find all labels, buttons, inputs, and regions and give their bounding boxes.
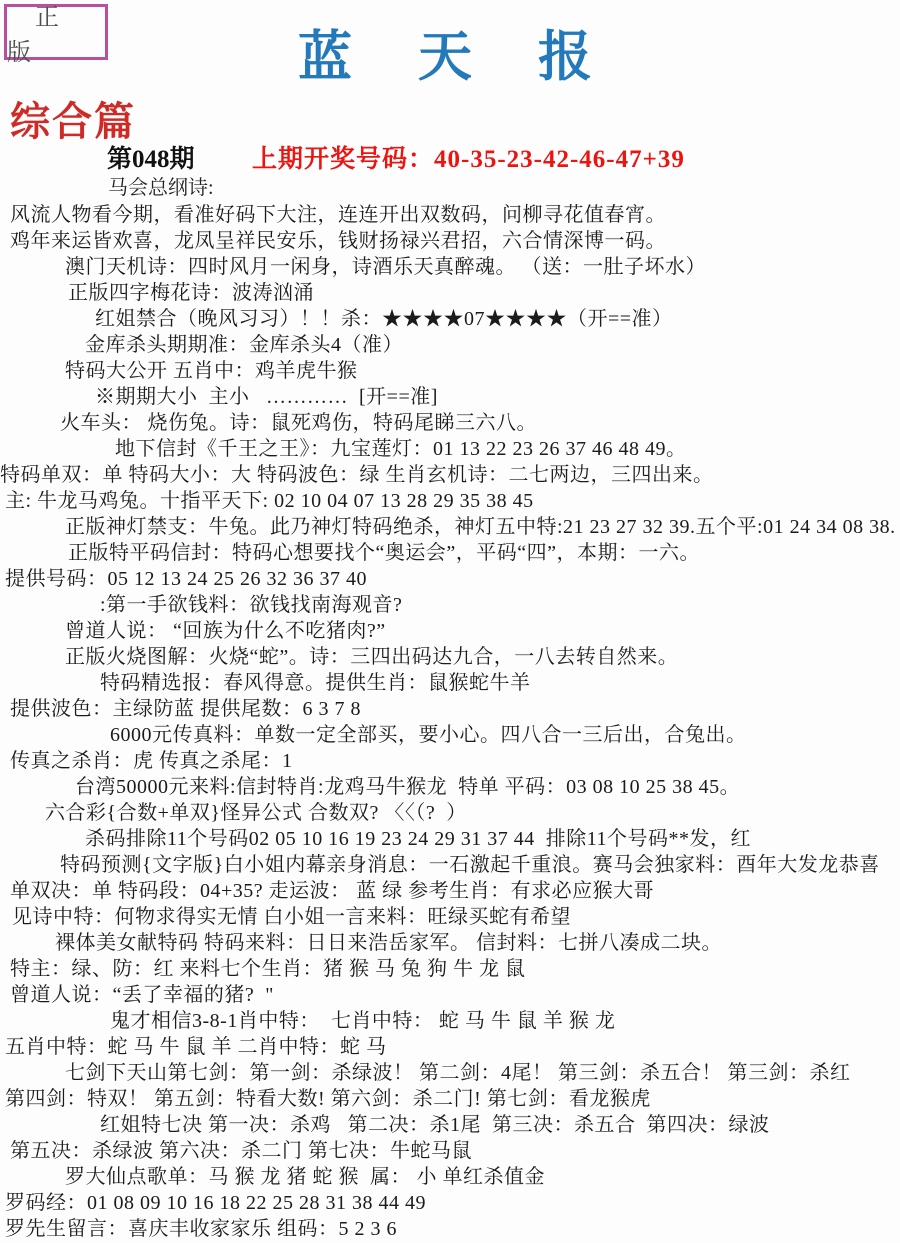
body-line: 澳门天机诗：四时风月一闲身，诗酒乐天真醉魂。 （送：一肚子坏水）: [0, 254, 900, 280]
body-line: 红姐禁合（晚风习习）！！杀：★★★★07★★★★（开==准）: [0, 306, 900, 332]
body-line: 火车头： 烧伤兔。诗：鼠死鸡伤，特码尾睇三六八。: [0, 410, 900, 436]
body-line: 七剑下天山第七剑：第一剑：杀绿波！ 第二剑：4尾！ 第三剑：杀五合！ 第三剑：杀…: [0, 1060, 900, 1086]
body-line: 特码大公开 五肖中：鸡羊虎牛猴: [0, 358, 900, 384]
body-line: 六合彩{合数+单双}怪异公式 合数双? 〈〈（? ）: [0, 800, 900, 826]
scanned-lottery-sheet: { "page": { "badge_text": "正 版", "title"…: [0, 0, 900, 1243]
body-line: 五肖中特：蛇 马 牛 鼠 羊 二肖中特：蛇 马: [0, 1034, 900, 1060]
body-line: 特码预测{文字版}白小姐内幕亲身消息：一石激起千重浪。赛马会独家料：酉年大发龙恭…: [0, 852, 900, 878]
body-line: 正版火烧图解：火烧“蛇”。诗：三四出码达九合，一八去转自然来。: [0, 644, 900, 670]
masthead-title: 蓝天报: [298, 14, 658, 91]
body-line: 台湾50000元来料:信封特肖:龙鸡马牛猴龙 特单 平码：03 08 10 25…: [0, 774, 900, 800]
body-line: 见诗中特：何物求得实无情 白小姐一言来料：旺绿买蛇有希望: [0, 904, 900, 930]
body-line: 正版特平码信封：特码心想要找个“奥运会”，平码“四”，本期：一六。: [0, 540, 900, 566]
body-line: 单双决：单 特码段：04+35? 走运波： 蓝 绿 参考生肖：有求必应猴大哥: [0, 878, 900, 904]
body-line: :第一手欲钱料：欲钱找南海观音?: [0, 592, 900, 618]
body-line: ※期期大小 主小 ………… [开==准]: [0, 384, 900, 410]
last-draw-result: 上期开奖号码：40-35-23-42-46-47+39: [252, 139, 685, 175]
body-lines: 风流人物看今期，看准好码下大注，连连开出双数码，问柳寻花值春宵。鸡年来运皆欢喜，…: [0, 202, 900, 1242]
body-line: 6000元传真料：单数一定全部买，要小心。四八合一三后出，合兔出。: [0, 722, 900, 748]
body-line: 正版四字梅花诗：波涛汹涌: [0, 280, 900, 306]
body-line: 主: 牛龙马鸡兔。十指平天下: 02 10 04 07 13 28 29 35 …: [0, 488, 900, 514]
body-line: 裸体美女献特码 特码来料：日日来浩岳家军。 信封料：七拼八凑成二块。: [0, 930, 900, 956]
body-line: 红姐特七决 第一决：杀鸡 第二决：杀1尾 第三决：杀五合 第四决：绿波: [0, 1112, 900, 1138]
body-line: 提供波色：主绿防蓝 提供尾数：6 3 7 8: [0, 696, 900, 722]
body-line: 罗大仙点歌单：马 猴 龙 猪 蛇 猴 属： 小 单红杀值金: [0, 1164, 900, 1190]
body-line: 特主：绿、防：红 来料七个生肖：猪 猴 马 兔 狗 牛 龙 鼠: [0, 956, 900, 982]
body-line: 第四剑：特双！ 第五剑：特看大数! 第六剑：杀二门! 第七剑：看龙猴虎: [0, 1086, 900, 1112]
body-line: 鸡年来运皆欢喜，龙凤呈祥民安乐，钱财扬禄兴君招，六合情深博一码。: [0, 228, 900, 254]
issue-number: 第048期: [107, 139, 195, 175]
body-line: 第五决：杀绿波 第六决：杀二门 第七决：牛蛇马鼠: [0, 1138, 900, 1164]
body-line: 曾道人说： “回族为什么不吃猪肉?”: [0, 618, 900, 644]
body-line: 传真之杀肖：虎 传真之杀尾：1: [0, 748, 900, 774]
poem-intro-label: 马会总纲诗:: [108, 171, 214, 200]
body-line: 鬼才相信3-8-1肖中特： 七肖中特： 蛇 马 牛 鼠 羊 猴 龙: [0, 1008, 900, 1034]
body-line: 杀码排除11个号码02 05 10 16 19 23 24 29 31 37 4…: [0, 826, 900, 852]
body-line: 地下信封《千王之王》：九宝莲灯：01 13 22 23 26 37 46 48 …: [0, 436, 900, 462]
body-line: 正版神灯禁支：牛兔。此乃神灯特码绝杀，神灯五中特:21 23 27 32 39.…: [0, 514, 900, 540]
body-line: 提供号码：05 12 13 24 25 26 32 36 37 40: [0, 566, 900, 592]
body-line: 罗码经：01 08 09 10 16 18 22 25 28 31 38 44 …: [0, 1190, 900, 1216]
body-line: 金库杀头期期准：金库杀头4（准）: [0, 332, 900, 358]
body-line: 风流人物看今期，看准好码下大注，连连开出双数码，问柳寻花值春宵。: [0, 202, 900, 228]
body-line: 曾道人说：“丢了幸福的猪? ": [0, 982, 900, 1008]
body-line: 罗先生留言：喜庆丰收家家乐 组码：5 2 3 6: [0, 1216, 900, 1242]
body-line: 特码单双：单 特码大小：大 特码波色：绿 生肖玄机诗：二七两边，三四出来。: [0, 462, 900, 488]
body-line: 特码精选报：春风得意。提供生肖：鼠猴蛇牛羊: [0, 670, 900, 696]
authenticity-badge: 正 版: [4, 4, 108, 60]
